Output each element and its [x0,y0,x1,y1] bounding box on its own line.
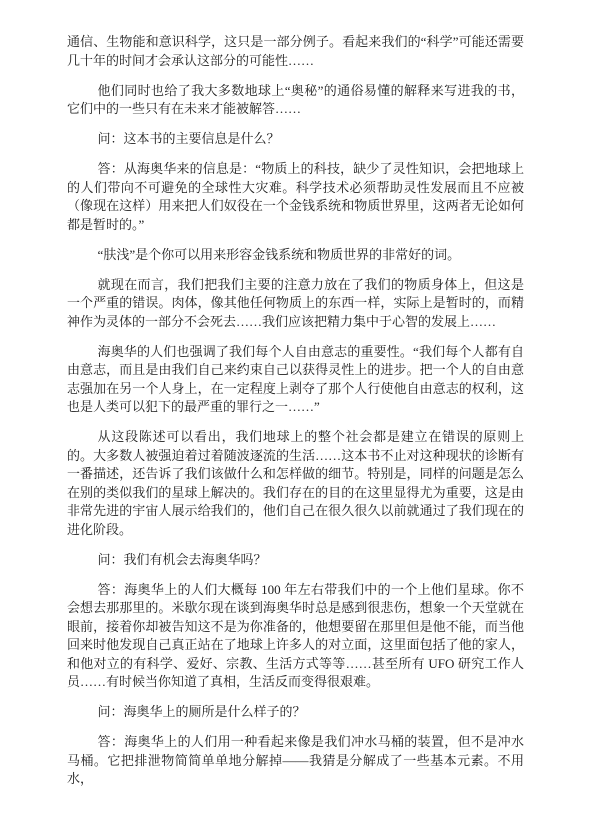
question-book-main-message: 问：这本书的主要信息是什么？ [67,130,524,149]
answer-chance-to-visit: 答：海奥华上的人们大概每 100 年左右带我们中的一个上他们星球。你不会想去那那… [67,581,524,692]
question-toilet: 问：海奥华上的厕所是什么样子的？ [67,703,524,722]
answer-book-main-message: 答：从海奥华来的信息是：“物质上的科技，缺少了灵性知识，会把地球上的人们带向不可… [67,160,524,234]
answer-toilet: 答：海奥华上的人们用一种看起来像是我们冲水马桶的装置，但不是冲水马桶。它把排泄物… [67,733,524,789]
paragraph-free-will: 海奥华的人们也强调了我们每个人自由意志的重要性。“我们每个人都有自由意志，而且是… [67,343,524,417]
document-text-block: 通信、生物能和意识科学，这只是一部分例子。看起来我们的“科学”可能还需要几十年的… [67,33,524,789]
paragraph-material-body-error: 就现在而言，我们把我们主要的注意力放在了我们的物质身体上，但这是一个严重的错误。… [67,276,524,332]
paragraph-society-wrong-principles: 从这段陈述可以看出，我们地球上的整个社会都是建立在错误的原则上的。大多数人被强迫… [67,428,524,539]
paragraph-superficial-comment: “肤浅”是个你可以用来形容金钱系统和物质世界的非常好的词。 [67,246,524,265]
paragraph-continued-intro: 通信、生物能和意识科学，这只是一部分例子。看起来我们的“科学”可能还需要几十年的… [67,33,524,70]
question-chance-to-visit: 问：我们有机会去海奥华吗？ [67,551,524,570]
document-page: 通信、生物能和意识科学，这只是一部分例子。看起来我们的“科学”可能还需要几十年的… [0,0,590,818]
paragraph-explanations-note: 他们同时也给了我大多数地球上“奥秘”的通俗易懂的解释来写进我的书，它们中的一些只… [67,82,524,119]
